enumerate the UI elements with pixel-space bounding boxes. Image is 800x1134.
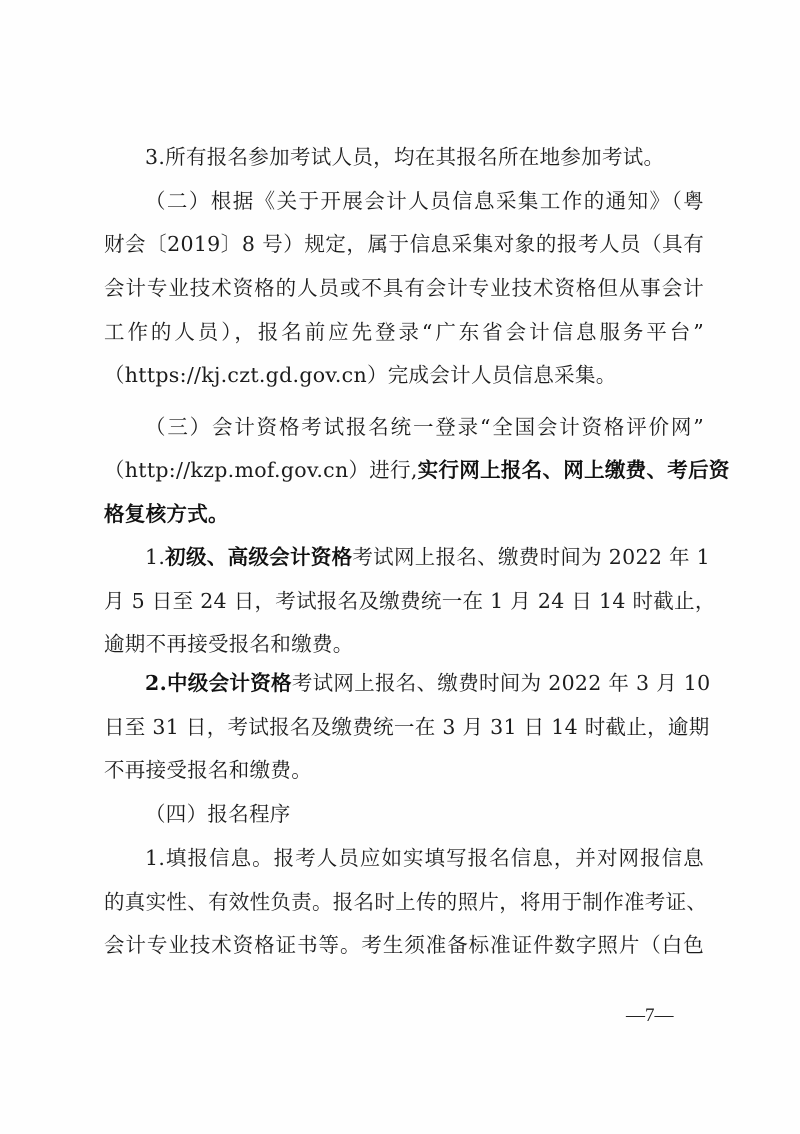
text-segment: 考试网上报名、缴费时间为 2022 年 1: [352, 545, 710, 569]
text-segment: 会计专业技术资格证书等。考生须准备标准证件数字照片（白色: [104, 933, 704, 957]
paragraph-line: 日至 31 日，考试报名及缴费统一在 3 月 31 日 14 时截止，逾期: [104, 714, 704, 740]
text-segment: （二）根据《关于开展会计人员信息采集工作的通知》（粤: [145, 189, 704, 213]
text-segment: 日至 31 日，考试报名及缴费统一在 3 月 31 日 14 时截止，逾期: [104, 715, 710, 739]
text-segment: 会计专业技术资格的人员或不具有会计专业技术资格但从事会计: [104, 276, 704, 300]
paragraph-line-section-3-start: （三）会计资格考试报名统一登录“全国会计资格评价网”: [145, 414, 704, 440]
paragraph-line-junior-senior-registration: 1.初级、高级会计资格考试网上报名、缴费时间为 2022 年 1: [145, 544, 704, 570]
paragraph-line: 会计专业技术资格的人员或不具有会计专业技术资格但从事会计: [104, 275, 704, 301]
paragraph-line: 逾期不再接受报名和缴费。: [104, 631, 704, 657]
text-segment: 月 5 日至 24 日，考试报名及缴费统一在 1 月 24 日 14 时截止，: [104, 589, 716, 613]
bold-text-segment: 格复核方式。: [104, 502, 229, 526]
paragraph-line-info-platform-url: （https://kj.czt.gd.gov.cn）完成会计人员信息采集。: [104, 362, 704, 388]
paragraph-line: 工作的人员），报名前应先登录“广东省会计信息服务平台”: [104, 319, 704, 345]
paragraph-line-exam-location: 3.所有报名参加考试人员，均在其报名所在地参加考试。: [145, 144, 704, 170]
text-segment: 3.所有报名参加考试人员，均在其报名所在地参加考试。: [145, 145, 664, 169]
section-heading-registration-procedure: （四）报名程序: [145, 801, 704, 827]
text-segment: （三）会计资格考试报名统一登录“全国会计资格评价网”: [145, 415, 704, 439]
paragraph-line-section-2-start: （二）根据《关于开展会计人员信息采集工作的通知》（粤: [145, 188, 704, 214]
text-segment: （http://kzp.mof.gov.cn）进行,: [104, 458, 418, 482]
document-page: 3.所有报名参加考试人员，均在其报名所在地参加考试。 （二）根据《关于开展会计人…: [0, 0, 800, 1134]
bold-text-segment: 实行网上报名、网上缴费、考后资: [418, 458, 730, 482]
paragraph-line: 会计专业技术资格证书等。考生须准备标准证件数字照片（白色: [104, 932, 704, 958]
bold-text-segment: 2.中级会计资格: [145, 671, 292, 695]
text-segment: 考试网上报名、缴费时间为 2022 年 3 月 10: [292, 671, 711, 695]
paragraph-line: 的真实性、有效性负责。报名时上传的照片，将用于制作准考证、: [104, 889, 704, 915]
text-segment: 的真实性、有效性负责。报名时上传的照片，将用于制作准考证、: [104, 890, 707, 914]
page-number: —7—: [626, 1004, 674, 1028]
text-segment: 工作的人员），报名前应先登录“广东省会计信息服务平台”: [104, 320, 704, 344]
paragraph-line-intermediate-registration: 2.中级会计资格考试网上报名、缴费时间为 2022 年 3 月 10: [145, 670, 704, 696]
text-segment: 财会〔2019〕8 号）规定，属于信息采集对象的报考人员（具有: [104, 232, 704, 256]
text-segment: 1.: [145, 545, 165, 569]
paragraph-line: 财会〔2019〕8 号）规定，属于信息采集对象的报考人员（具有: [104, 231, 704, 257]
paragraph-line: 不再接受报名和缴费。: [104, 757, 704, 783]
text-segment: 逾期不再接受报名和缴费。: [104, 632, 354, 656]
paragraph-line-fill-info: 1.填报信息。报考人员应如实填写报名信息，并对网报信息: [145, 845, 704, 871]
text-segment: 1.填报信息。报考人员应如实填写报名信息，并对网报信息: [145, 846, 704, 870]
text-segment: （四）报名程序: [145, 802, 291, 826]
text-segment: （https://kj.czt.gd.gov.cn）完成会计人员信息采集。: [104, 363, 617, 387]
paragraph-line: 格复核方式。: [104, 501, 704, 527]
bold-text-segment: 初级、高级会计资格: [165, 545, 352, 569]
text-segment: 不再接受报名和缴费。: [104, 758, 312, 782]
paragraph-line-evaluation-site-url: （http://kzp.mof.gov.cn）进行,实行网上报名、网上缴费、考后…: [104, 457, 704, 483]
paragraph-line: 月 5 日至 24 日，考试报名及缴费统一在 1 月 24 日 14 时截止，: [104, 588, 704, 614]
